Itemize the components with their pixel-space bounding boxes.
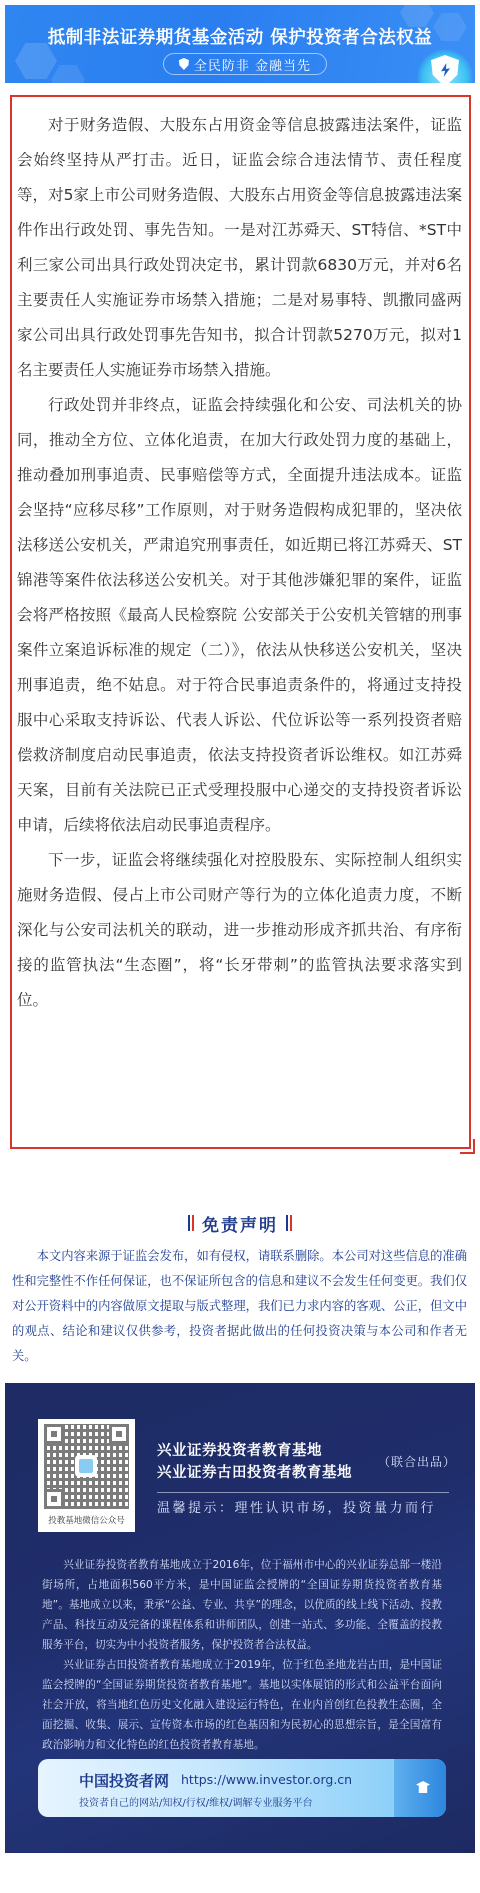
shield-icon	[179, 58, 189, 70]
base-intro-2: 兴业证券古田投资者教育基地成立于2019年，位于红色圣地龙岩古田，是中国证监会授…	[42, 1655, 442, 1755]
wechat-qr-code[interactable]: 投教基地微信公众号	[38, 1419, 135, 1532]
disclaimer-body: 本文内容来源于证监会发布，如有侵权，请联系删除。本公司对这些信息的准确性和完整性…	[12, 1244, 467, 1369]
investor-site-banner[interactable]: 中国投资者网 https://www.investor.org.cn 投资者自己…	[38, 1759, 446, 1817]
disclaimer-title: 免责声明	[202, 1211, 278, 1236]
intro-text: 兴业证券投资者教育基地成立于2016年，位于福州市中心的兴业证券总部一楼沿街场所…	[42, 1555, 442, 1655]
qr-finder	[44, 1424, 64, 1444]
base-intro-1: 兴业证券投资者教育基地成立于2016年，位于福州市中心的兴业证券总部一楼沿街场所…	[42, 1555, 442, 1655]
org-names: 兴业证券投资者教育基地 兴业证券古田投资者教育基地	[157, 1440, 352, 1484]
banner-title: 抵制非法证券期货基金活动 保护投资者合法权益	[5, 24, 475, 49]
warm-tip: 温馨提示：理性认识市场，投资量力而行	[157, 1497, 436, 1516]
intro-text: 兴业证券古田投资者教育基地成立于2019年，位于红色圣地龙岩古田，是中国证监会授…	[42, 1655, 442, 1755]
article-body: 对于财务造假、大股东占用资金等信息披露违法案件，证监会始终坚持从严打击。近日，证…	[17, 108, 462, 1018]
graduation-cap-icon	[416, 1781, 430, 1793]
disclaimer-text: 本文内容来源于证监会发布，如有侵权，请联系删除。本公司对这些信息的准确性和完整性…	[12, 1244, 467, 1369]
qr-logo-icon	[75, 1455, 97, 1477]
article-paragraph: 下一步，证监会将继续强化对控股股东、实际控制人组织实施财务造假、侵占上市公司财产…	[17, 843, 462, 1018]
shield-lightning-icon	[417, 49, 473, 83]
book-icon	[394, 1759, 446, 1817]
article-paragraph: 行政处罚并非终点，证监会持续强化和公安、司法机关的协同，推动全方位、立体化追责，…	[17, 388, 462, 843]
qr-finder	[109, 1424, 129, 1444]
divider	[157, 1492, 449, 1493]
org-name-1: 兴业证券投资者教育基地	[157, 1440, 352, 1462]
qr-finder	[44, 1489, 64, 1509]
investor-site-slogan: 投资者自己的网站/知权/行权/维权/调解专业服务平台	[79, 1794, 312, 1809]
investor-education-card: 投教基地微信公众号 兴业证券投资者教育基地 兴业证券古田投资者教育基地 （联合出…	[5, 1383, 475, 1853]
heading-bars-right	[286, 1215, 292, 1231]
investor-site-name: 中国投资者网	[79, 1770, 169, 1791]
qr-caption: 投教基地微信公众号	[44, 1514, 129, 1526]
qr-code-pattern	[44, 1424, 129, 1509]
heading-bars-left	[188, 1215, 194, 1231]
frame-corner-decoration	[460, 1139, 475, 1154]
hexagon-decoration	[51, 65, 85, 83]
banner-slogan: 全民防非 金融当先	[194, 55, 311, 74]
top-banner: 抵制非法证券期货基金活动 保护投资者合法权益 全民防非 金融当先	[5, 5, 475, 83]
joint-production-label: （联合出品）	[378, 1453, 456, 1470]
article-paragraph: 对于财务造假、大股东占用资金等信息披露违法案件，证监会始终坚持从严打击。近日，证…	[17, 108, 462, 388]
disclaimer-heading: 免责声明	[0, 1212, 480, 1234]
banner-slogan-pill: 全民防非 金融当先	[163, 53, 327, 75]
org-name-2: 兴业证券古田投资者教育基地	[157, 1462, 352, 1484]
investor-site-url[interactable]: https://www.investor.org.cn	[181, 1772, 352, 1787]
